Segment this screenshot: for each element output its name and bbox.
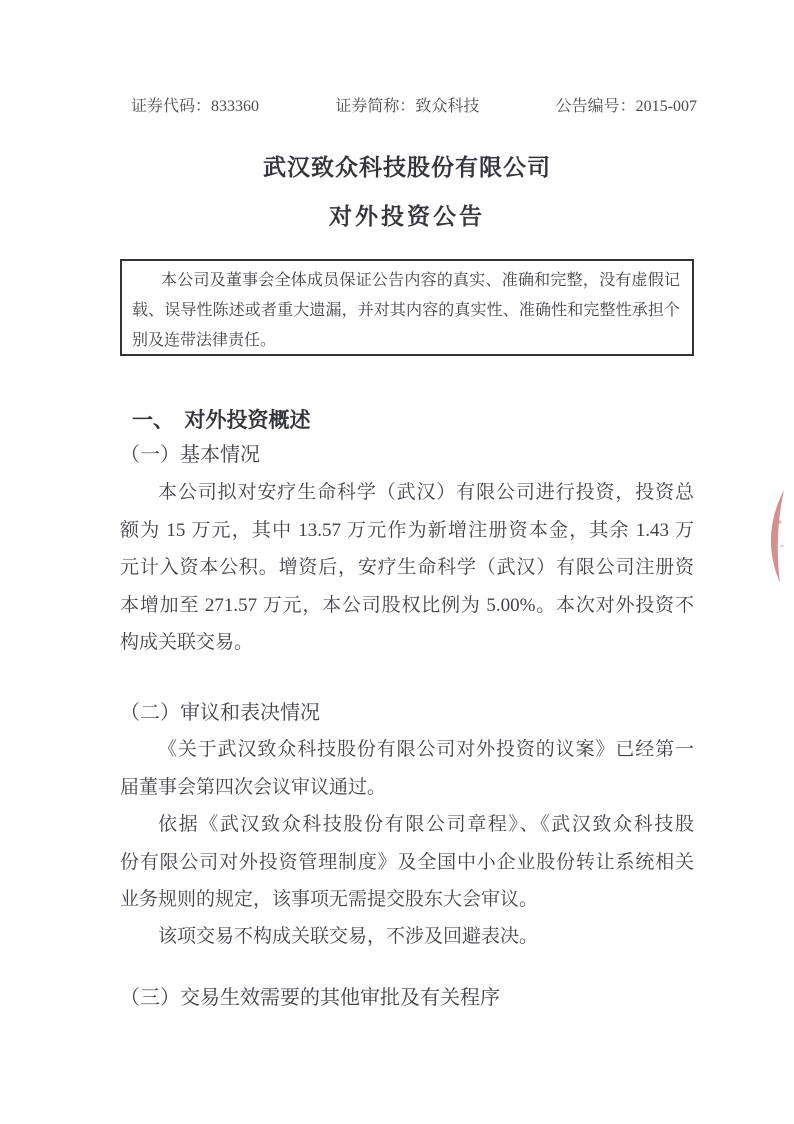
document-title: 对外投资公告 — [120, 201, 694, 233]
text-line: 额为 15 万元，其中 13.57 万元作为新增注册资本金，其余 1.43 万 — [120, 512, 694, 550]
text-line: 构成关联交易。 — [120, 624, 694, 662]
disclaimer-line: 载、误导性陈述或者重大遗漏，并对其内容的真实性、准确性和完整性承担个 — [132, 296, 680, 326]
red-seal-arc — [756, 486, 790, 588]
paragraph-resolution: 《关于武汉致众科技股份有限公司对外投资的议案》已经第一 届董事会第四次会议审议通… — [120, 731, 694, 806]
stock-name: 证券简称：致众科技 — [335, 96, 479, 118]
text-line: 《关于武汉致众科技股份有限公司对外投资的议案》已经第一 — [120, 731, 694, 769]
text-line: 届董事会第四次会议审议通过。 — [120, 769, 694, 807]
subsection-1-3-title: （三）交易生效需要的其他审批及有关程序 — [120, 982, 694, 1014]
text-line: 份有限公司对外投资管理制度》及全国中小企业股份转让系统相关 — [120, 844, 694, 882]
text-line: 元计入资本公积。增资后，安疗生命科学（武汉）有限公司注册资 — [120, 549, 694, 587]
company-title: 武汉致众科技股份有限公司 — [120, 152, 694, 184]
subsection-1-1-title: （一）基本情况 — [120, 439, 694, 471]
disclaimer-box: 本公司及董事会全体成员保证公告内容的真实、准确和完整，没有虚假记 载、误导性陈述… — [120, 259, 694, 356]
text-line: 业务规则的规定，该事项无需提交股东大会审议。 — [120, 881, 694, 919]
text-line: 依据《武汉致众科技股份有限公司章程》、《武汉致众科技股 — [120, 806, 694, 844]
document-header: 证券代码：833360 证券简称：致众科技 公告编号：2015-007 — [120, 96, 697, 118]
disclaimer-line: 别及连带法律责任。 — [132, 326, 680, 356]
paragraph-basic-info: 本公司拟对安疗生命科学（武汉）有限公司进行投资，投资总 额为 15 万元，其中 … — [120, 474, 694, 662]
text-line: 本增加至 271.57 万元，本公司股权比例为 5.00%。本次对外投资不 — [120, 587, 694, 625]
stock-code: 证券代码：833360 — [131, 96, 259, 118]
text-line: 该项交易不构成关联交易，不涉及回避表决。 — [120, 918, 694, 956]
paragraph-basis: 依据《武汉致众科技股份有限公司章程》、《武汉致众科技股 份有限公司对外投资管理制… — [120, 806, 694, 919]
disclaimer-line: 本公司及董事会全体成员保证公告内容的真实、准确和完整，没有虚假记 — [132, 266, 680, 296]
announcement-number: 公告编号：2015-007 — [556, 96, 697, 118]
section-1-heading: 一、 对外投资概述 — [120, 404, 694, 436]
paragraph-related-transaction: 该项交易不构成关联交易，不涉及回避表决。 — [120, 918, 694, 956]
text-line: 本公司拟对安疗生命科学（武汉）有限公司进行投资，投资总 — [120, 474, 694, 512]
subsection-1-2-title: （二）审议和表决情况 — [120, 697, 694, 729]
document-page: 证券代码：833360 证券简称：致众科技 公告编号：2015-007 武汉致众… — [0, 0, 794, 1124]
